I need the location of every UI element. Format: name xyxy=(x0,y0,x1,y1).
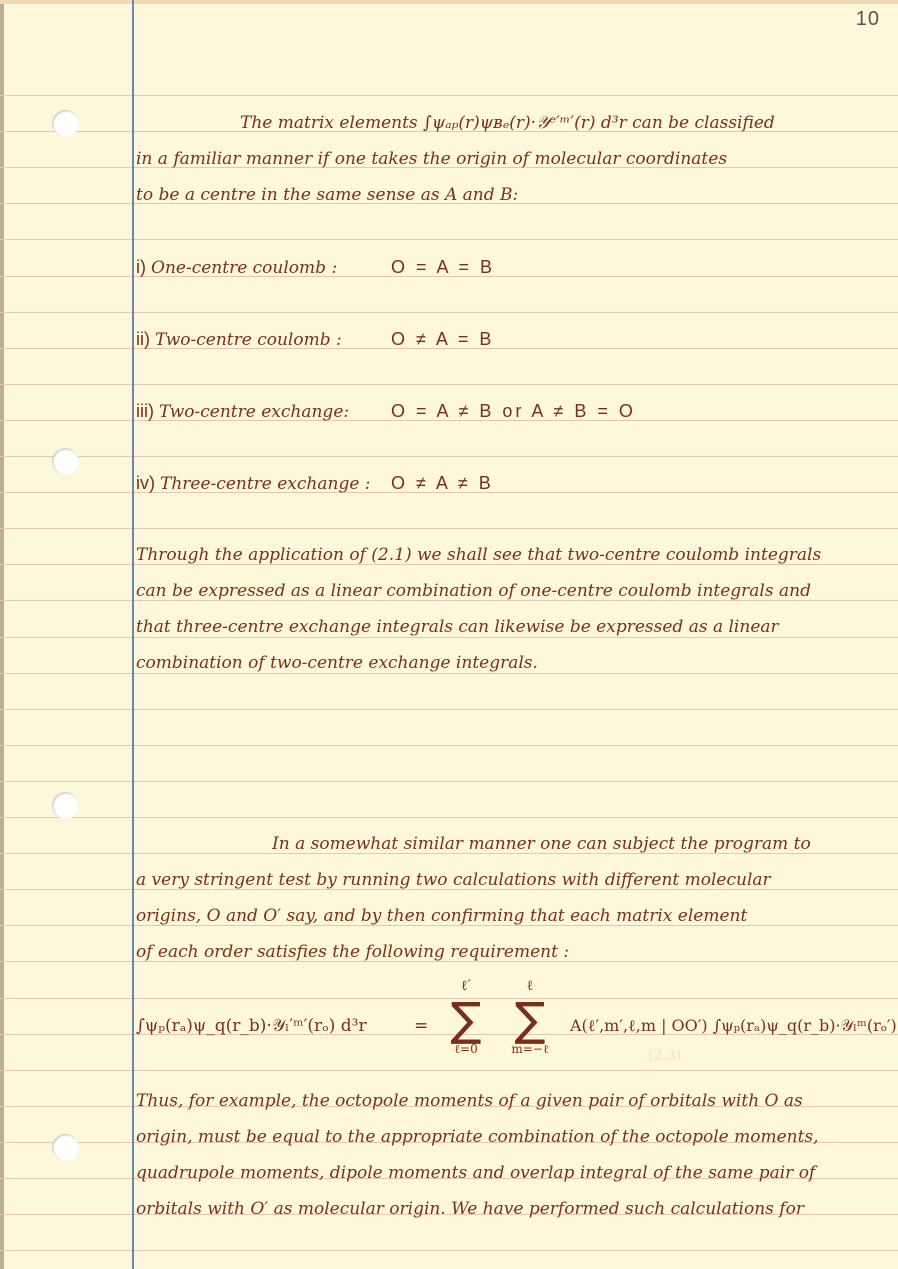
text-line: can be expressed as a linear combination… xyxy=(136,581,878,601)
equation-equals: = xyxy=(414,1016,428,1036)
rule-line xyxy=(0,745,898,746)
text-line: orbitals with O′ as molecular origin. We… xyxy=(136,1199,878,1219)
rule-line xyxy=(0,312,898,313)
list-numeral: i) xyxy=(136,257,146,277)
punch-hole-icon xyxy=(52,110,79,137)
rule-line xyxy=(0,709,898,710)
list-label: Three-centre exchange : xyxy=(160,474,371,494)
text-line: The matrix elements ∫ψₐₚ(r)ψʙₑ(r)·𝒴ᵉ′ᵐ′(… xyxy=(240,113,878,133)
margin-line xyxy=(132,0,134,1269)
list-relation: O = A = B xyxy=(391,257,495,277)
text-line: Through the application of (2.1) we shal… xyxy=(136,545,878,565)
list-item: iii) Two-centre exchange: O = A ≠ B or A… xyxy=(136,401,878,422)
list-item: ii) Two-centre coulomb : O ≠ A = B xyxy=(136,329,878,350)
text-line: a very stringent test by running two cal… xyxy=(136,870,878,890)
text-line: origins, O and O′ say, and by then confi… xyxy=(136,906,878,926)
rule-line xyxy=(0,384,898,385)
punch-hole-icon xyxy=(52,1134,79,1161)
list-numeral: iii) xyxy=(136,401,154,421)
text-line: In a somewhat similar manner one can sub… xyxy=(272,834,878,854)
list-relation: O ≠ A = B xyxy=(391,329,494,349)
rule-line xyxy=(0,456,898,457)
sum-lower-limit: m=−ℓ xyxy=(500,1042,560,1057)
rule-line xyxy=(0,673,898,674)
list-item: iv) Three-centre exchange : O ≠ A ≠ B xyxy=(136,473,878,494)
rule-line xyxy=(0,239,898,240)
summation-outer: ℓ′ ∑ ℓ=0 xyxy=(436,978,496,1057)
sum-lower-limit: ℓ=0 xyxy=(436,1042,496,1057)
text-line: combination of two-centre exchange integ… xyxy=(136,653,878,673)
rule-line xyxy=(0,781,898,782)
list-label: Two-centre exchange: xyxy=(159,402,349,422)
list-relation: O = A ≠ B or A ≠ B = O xyxy=(391,401,636,421)
list-numeral: ii) xyxy=(136,329,150,349)
page-number: 10 xyxy=(856,8,880,31)
list-label: One-centre coulomb : xyxy=(151,258,337,278)
equation: ∫ψₚ(rₐ)ψ_q(r_b)·𝒴ₗ′ᵐ′(rₒ) d³r = ℓ′ ∑ ℓ=0… xyxy=(136,978,896,1078)
text-line: that three-centre exchange integrals can… xyxy=(136,617,878,637)
rule-line xyxy=(0,528,898,529)
rule-line xyxy=(0,95,898,96)
notebook-page: 10 The matrix elements ∫ψₐₚ(r)ψʙₑ(r)·𝒴ᵉ′… xyxy=(0,0,898,1269)
equation-number: (2.3) xyxy=(648,1048,681,1064)
text-line: to be a centre in the same sense as A an… xyxy=(136,185,878,205)
sigma-icon: ∑ xyxy=(436,996,496,1042)
list-item: i) One-centre coulomb : O = A = B xyxy=(136,257,878,278)
equation-rhs: A(ℓ′,m′,ℓ,m | OO′) ∫ψₚ(rₐ)ψ_q(r_b)·𝒴ₗᵐ(r… xyxy=(570,1016,898,1036)
text-line: in a familiar manner if one takes the or… xyxy=(136,149,878,169)
text-line: quadrupole moments, dipole moments and o… xyxy=(136,1163,878,1183)
list-label: Two-centre coulomb : xyxy=(155,330,342,350)
list-relation: O ≠ A ≠ B xyxy=(391,473,494,493)
rule-line xyxy=(0,637,898,638)
punch-hole-icon xyxy=(52,792,79,819)
summation-inner: ℓ ∑ m=−ℓ xyxy=(500,978,560,1057)
text-line: of each order satisfies the following re… xyxy=(136,942,878,962)
text-line: Thus, for example, the octopole moments … xyxy=(136,1091,878,1111)
sigma-icon: ∑ xyxy=(500,996,560,1042)
punch-hole-icon xyxy=(52,448,79,475)
list-numeral: iv) xyxy=(136,473,155,493)
text-line: origin, must be equal to the appropriate… xyxy=(136,1127,878,1147)
rule-line xyxy=(0,817,898,818)
equation-lhs: ∫ψₚ(rₐ)ψ_q(r_b)·𝒴ₗ′ᵐ′(rₒ) d³r xyxy=(136,1016,367,1036)
rule-line xyxy=(0,1250,898,1251)
